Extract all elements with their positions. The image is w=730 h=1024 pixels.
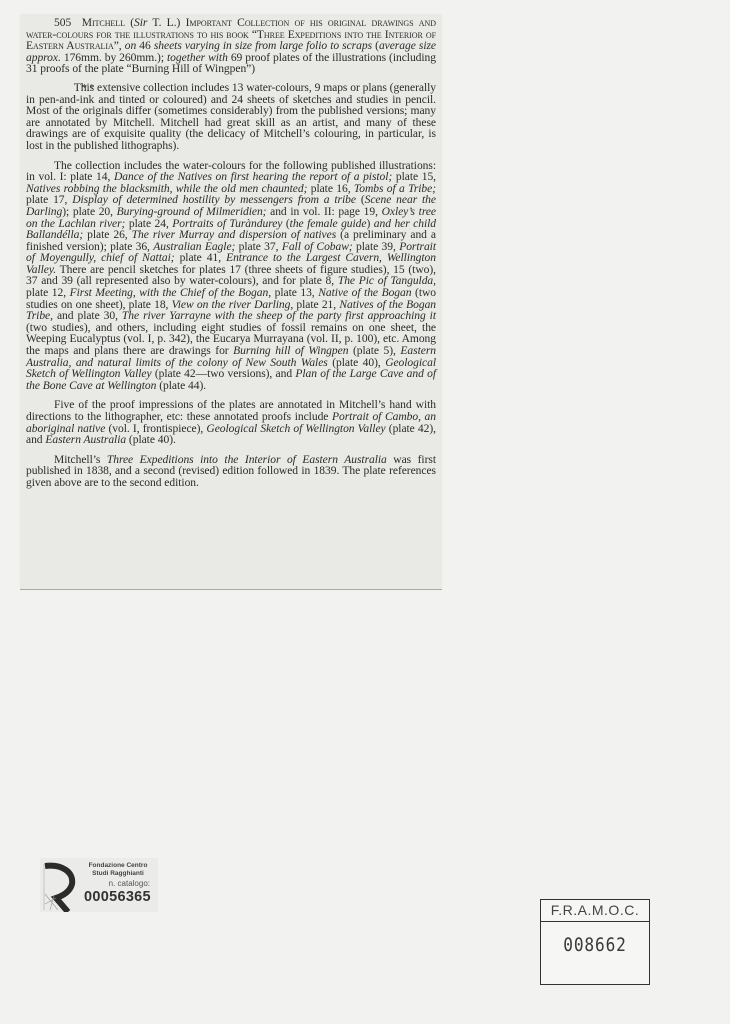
text-run: (plate 40).: [126, 434, 176, 446]
text-run: plate 15,: [392, 171, 436, 183]
text-run: and plate 30,: [53, 310, 122, 322]
together-with: together with: [167, 52, 228, 64]
sheets-count: 46: [139, 40, 150, 52]
entry-paragraph: *.* This extensive collection includes 1…: [26, 83, 436, 153]
framoc-stamp: F.R.A.M.O.C. 008662: [540, 899, 650, 985]
text-run: (: [282, 218, 289, 230]
catalogue-clipping: 505 Mitchell (Sir T. L.) Important Colle…: [20, 14, 442, 590]
text-run: plate 26,: [83, 229, 132, 241]
italic-title: Australian Eagle;: [153, 241, 235, 253]
entry-paragraph: Five of the proof impressions of the pla…: [26, 400, 436, 446]
entry-paragraph: The collection includes the water-colour…: [26, 161, 436, 393]
text-run: plate 41,: [175, 252, 227, 264]
italic-title: The Pic of Tangulda,: [338, 275, 436, 287]
text-run: (plate 40),: [328, 357, 385, 369]
text-run: plate 39,: [353, 241, 400, 253]
catalog-number: 00056365: [80, 889, 156, 905]
text-run: plate 16,: [307, 183, 354, 195]
italic-title: Natives robbing the blacksmith, while th…: [26, 183, 307, 195]
stamp-number: 008662: [549, 934, 641, 956]
lot-heading: 505 Mitchell (Sir T. L.) Important Colle…: [26, 18, 436, 76]
catalog-number-label: n. catalogo:: [80, 879, 156, 888]
catalog-label: Fondazione Centro Studi Ragghianti n. ca…: [40, 858, 158, 912]
author-title: Sir: [134, 17, 147, 29]
text-run: ): [366, 218, 373, 230]
entry-paragraph: Mitchell’s Three Expeditions into the In…: [26, 455, 436, 490]
italic-title: Burying-ground of Milmeridien;: [117, 206, 267, 218]
catalog-org-line1: Fondazione Centro: [80, 862, 156, 870]
author-initials: T. L.: [152, 17, 176, 29]
italic-title: Geological Sketch of Wellington Valley: [206, 423, 385, 435]
proof-count: 69: [231, 52, 242, 64]
italic-title: The river Murray and dispersion of nativ…: [132, 229, 336, 241]
text-run: (plate 5),: [348, 345, 400, 357]
catalogue-entry: 505 Mitchell (Sir T. L.) Important Colle…: [26, 18, 436, 498]
text-run: (plate 44).: [156, 380, 206, 392]
lot-number: 505: [54, 17, 71, 29]
catalog-org-line2: Studi Ragghianti: [80, 870, 156, 878]
size-value: 176mm. by 260mm.: [64, 52, 157, 64]
author-name: Mitchell: [82, 17, 125, 29]
text-run: plate 17,: [26, 194, 72, 206]
stamp-header: F.R.A.M.O.C.: [541, 900, 649, 922]
italic-title: Dance of the Natives on first hearing th…: [114, 171, 392, 183]
text-run: plate 13,: [271, 287, 318, 299]
text-run: plate 12,: [26, 287, 70, 299]
asterism-icon: *.*: [54, 83, 68, 95]
italic-title: First Meeting, with the Chief of the Bog…: [70, 287, 271, 299]
text-run: (: [356, 194, 365, 206]
bottom-rule: [20, 589, 442, 590]
desc-on: on: [125, 40, 136, 52]
italic-title: Tombs of a Tribe;: [354, 183, 436, 195]
entry-body: *.* This extensive collection includes 1…: [26, 83, 436, 490]
text-run: and in vol. II: page 19,: [266, 206, 381, 218]
italic-title: Portraits of Turàndurey: [172, 218, 282, 230]
italic-title: Eastern Australia: [45, 434, 126, 446]
text-run: plate 37,: [235, 241, 282, 253]
italic-title: Burning hill of Wingpen: [233, 345, 348, 357]
text-run: (plate 42—two versions), and: [152, 368, 296, 380]
italic-title: View on the river Darling,: [172, 299, 294, 311]
ragghianti-r-logo-icon: [42, 860, 78, 912]
text-run: Mitchell’s: [54, 454, 107, 466]
italic-title: Native of the Bogan: [318, 287, 411, 299]
italic-title: Three Expeditions into the Interior of E…: [107, 454, 387, 466]
italic-title: Fall of Cobaw;: [282, 241, 353, 253]
text-run: plate 24,: [125, 218, 172, 230]
text-run: plate 21,: [293, 299, 339, 311]
italic-title: Display of determined hostility by messe…: [72, 194, 356, 206]
text-run: (vol. I, frontispiece),: [105, 423, 206, 435]
text-run: ); plate 20,: [62, 206, 116, 218]
italic-title: The river Yarrayne with the sheep of the…: [122, 310, 436, 322]
sheets-desc: sheets varying in size from large folio …: [154, 40, 372, 52]
italic-title: the female guide: [290, 218, 367, 230]
